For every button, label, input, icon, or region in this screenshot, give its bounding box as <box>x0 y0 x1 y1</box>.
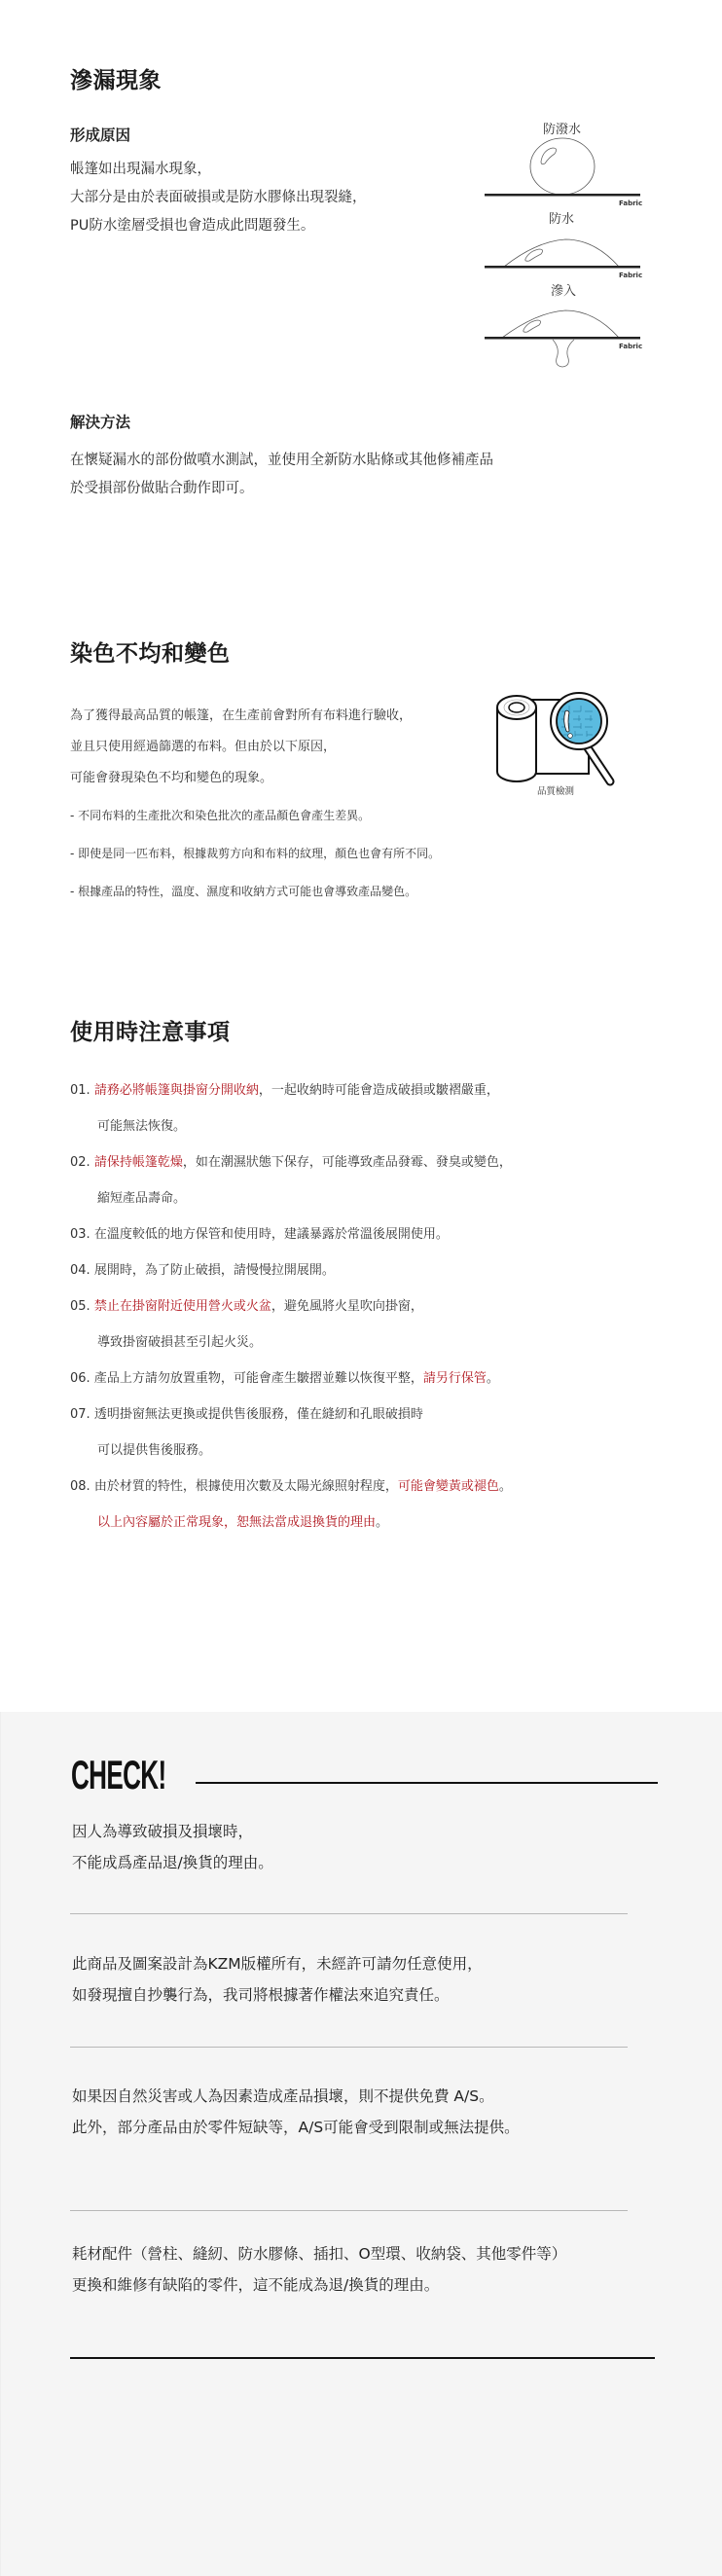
item-number: 01. <box>70 1083 90 1098</box>
check-line: 耗材配件（營柱、縫紉、防水膠條、插扣、O型環、收納袋、其他零件等） <box>72 2238 566 2269</box>
item-number: 06. <box>70 1371 90 1386</box>
check-line: 如果因自然災害或人為因素造成產品損壞，則不提供免費 A/S。 <box>72 2081 520 2112</box>
cause-line: PU防水塗層受損也會造成此問題發生。 <box>70 214 314 235</box>
item-warning: 可能會變黃或褪色 <box>398 1479 499 1494</box>
usage-item: 02. 請保持帳篷乾燥，如在潮濕狀態下保存，可能導致產品發霉、發臭或變色， <box>70 1151 512 1170</box>
check-line: 不能成爲產品退/換貨的理由。 <box>72 1847 273 1878</box>
item-text: 展開時，為了防止破損，請慢慢拉開展開。 <box>94 1263 335 1278</box>
cause-line: 大部分是由於表面破損或是防水膠條出現裂縫， <box>70 186 367 206</box>
item-continuation: 縮短產品壽命。 <box>97 1187 186 1206</box>
usage-item: 04. 展開時，為了防止破損，請慢慢拉開展開。 <box>70 1259 335 1278</box>
item-text: ，如在潮濕狀態下保存，可能導致產品發霉、發臭或變色， <box>183 1155 512 1170</box>
item-text: ，一起收納時可能會造成破損或皺褶嚴重， <box>259 1083 499 1098</box>
item-continuation: 導致掛窗破損甚至引起火災。 <box>97 1331 262 1350</box>
check-title-rule <box>196 1782 658 1784</box>
item-number: 08. <box>70 1479 90 1494</box>
item-text: 產品上方請勿放置重物，可能會產生皺摺並難以恢復平整， <box>94 1371 423 1386</box>
inspection-caption: 品質檢測 <box>537 783 574 797</box>
dye-bullet: - 不同布料的生產批次和染色批次的產品顏色會產生差異。 <box>70 807 370 823</box>
item-tail: 。 <box>499 1479 512 1494</box>
divider <box>70 1913 628 1914</box>
divider <box>70 2047 628 2048</box>
check-block: 因人為導致破損及損壞時， 不能成爲產品退/換貨的理由。 <box>72 1816 273 1878</box>
solution-line: 於受損部份做貼合動作即可。 <box>70 477 254 497</box>
check-line: 因人為導致破損及損壞時， <box>72 1816 273 1847</box>
leakage-title: 滲漏現象 <box>70 62 162 94</box>
usage-item: 01. 請務必將帳篷與掛窗分開收納，一起收納時可能會造成破損或皺褶嚴重， <box>70 1079 499 1098</box>
usage-item: 03. 在溫度較低的地方保管和使用時，建議暴露於常溫後展開使用。 <box>70 1223 449 1242</box>
disclaimer-tail: 。 <box>376 1515 388 1530</box>
usage-item: 07. 透明掛窗無法更換或提供售後服務，僅在縫紉和孔眼破損時 <box>70 1403 423 1422</box>
usage-item: 06. 產品上方請勿放置重物，可能會產生皺摺並難以恢復平整，請另行保管。 <box>70 1367 499 1386</box>
closing-rule <box>70 2357 655 2359</box>
dye-intro-line: 並且只使用經過篩選的布料。但由於以下原因， <box>70 736 336 754</box>
check-block: 耗材配件（營柱、縫紉、防水膠條、插扣、O型環、收納袋、其他零件等） 更換和維修有… <box>72 2238 566 2301</box>
check-line: 更換和維修有缺陷的零件，這不能成為退/換貨的理由。 <box>72 2269 566 2301</box>
check-line: 如發現擅自抄襲行為，我司將根據著作權法來追究責任。 <box>72 1979 483 2011</box>
fabric-label: Fabric <box>619 200 642 207</box>
item-number: 04. <box>70 1263 90 1278</box>
dye-title: 染色不均和變色 <box>70 635 231 668</box>
check-title: CHECK! <box>71 1752 166 1798</box>
fabric-roll-magnifier-icon <box>491 686 628 788</box>
dye-intro-line: 可能會發現染色不均和變色的現象。 <box>70 767 272 785</box>
disclaimer-warning: 以上內容屬於正常現象，恕無法當成退換貨的理由 <box>97 1515 376 1530</box>
usage-item: 08. 由於材質的特性，根據使用次數及太陽光線照射程度，可能會變黃或褪色。 <box>70 1475 512 1494</box>
dye-bullet: - 即使是同一匹布料，根據裁剪方向和布料的紋理，顏色也會有所不同。 <box>70 845 440 861</box>
item-number: 02. <box>70 1155 90 1170</box>
solution-heading: 解決方法 <box>70 411 130 432</box>
item-continuation: 可能無法恢復。 <box>97 1115 186 1134</box>
item-warning: 禁止在掛窗附近使用營火或火盆 <box>94 1299 271 1314</box>
item-warning: 請務必將帳篷與掛窗分開收納 <box>94 1083 259 1098</box>
item-number: 07. <box>70 1407 90 1422</box>
cause-heading: 形成原因 <box>70 124 130 145</box>
item-text: 在溫度較低的地方保管和使用時，建議暴露於常溫後展開使用。 <box>94 1227 449 1242</box>
check-block: 如果因自然災害或人為因素造成產品損壞，則不提供免費 A/S。 此外，部分產品由於… <box>72 2081 520 2143</box>
check-block: 此商品及圖案設計為KZM版權所有，未經許可請勿任意使用， 如發現擅自抄襲行為，我… <box>72 1948 483 2011</box>
check-line: 此商品及圖案設計為KZM版權所有，未經許可請勿任意使用， <box>72 1948 483 1979</box>
item-number: 03. <box>70 1227 90 1242</box>
item-text: 透明掛窗無法更換或提供售後服務，僅在縫紉和孔眼破損時 <box>94 1407 423 1422</box>
usage-item: 05. 禁止在掛窗附近使用營火或火盆，避免風將火星吹向掛窗， <box>70 1295 423 1314</box>
waterproof-diagram: 防潑水 防水 滲入 Fabric Fabric Fabric <box>483 115 643 368</box>
item-text: 由於材質的特性，根據使用次數及太陽光線照射程度， <box>94 1479 398 1494</box>
check-line: 此外，部分產品由於零件短缺等，A/S可能會受到限制或無法提供。 <box>72 2112 520 2143</box>
item-text: ，避免風將火星吹向掛窗， <box>271 1299 423 1314</box>
item-continuation: 可以提供售後服務。 <box>97 1439 211 1458</box>
fabric-label: Fabric <box>619 272 642 279</box>
item-tail: 。 <box>487 1371 499 1386</box>
dye-bullet: - 根據產品的特性，溫度、濕度和收納方式可能也會導致產品變色。 <box>70 883 416 899</box>
dye-intro-line: 為了獲得最高品質的帳篷，在生產前會對所有布料進行驗收， <box>70 705 412 723</box>
item-number: 05. <box>70 1299 90 1314</box>
item-warning: 請另行保管 <box>423 1371 487 1386</box>
quality-inspection-illustration: 品質檢測 <box>491 686 628 803</box>
fabric-label: Fabric <box>619 343 642 350</box>
item-continuation: 以上內容屬於正常現象，恕無法當成退換貨的理由。 <box>97 1511 388 1530</box>
usage-title: 使用時注意事項 <box>70 1014 231 1046</box>
cause-line: 帳篷如出現漏水現象， <box>70 158 211 178</box>
item-warning: 請保持帳篷乾燥 <box>94 1155 183 1170</box>
divider <box>70 2210 628 2211</box>
water-droplet-illustration <box>483 115 643 368</box>
solution-line: 在懷疑漏水的部份做噴水測試，並使用全新防水貼條或其他修補產品 <box>70 449 493 469</box>
